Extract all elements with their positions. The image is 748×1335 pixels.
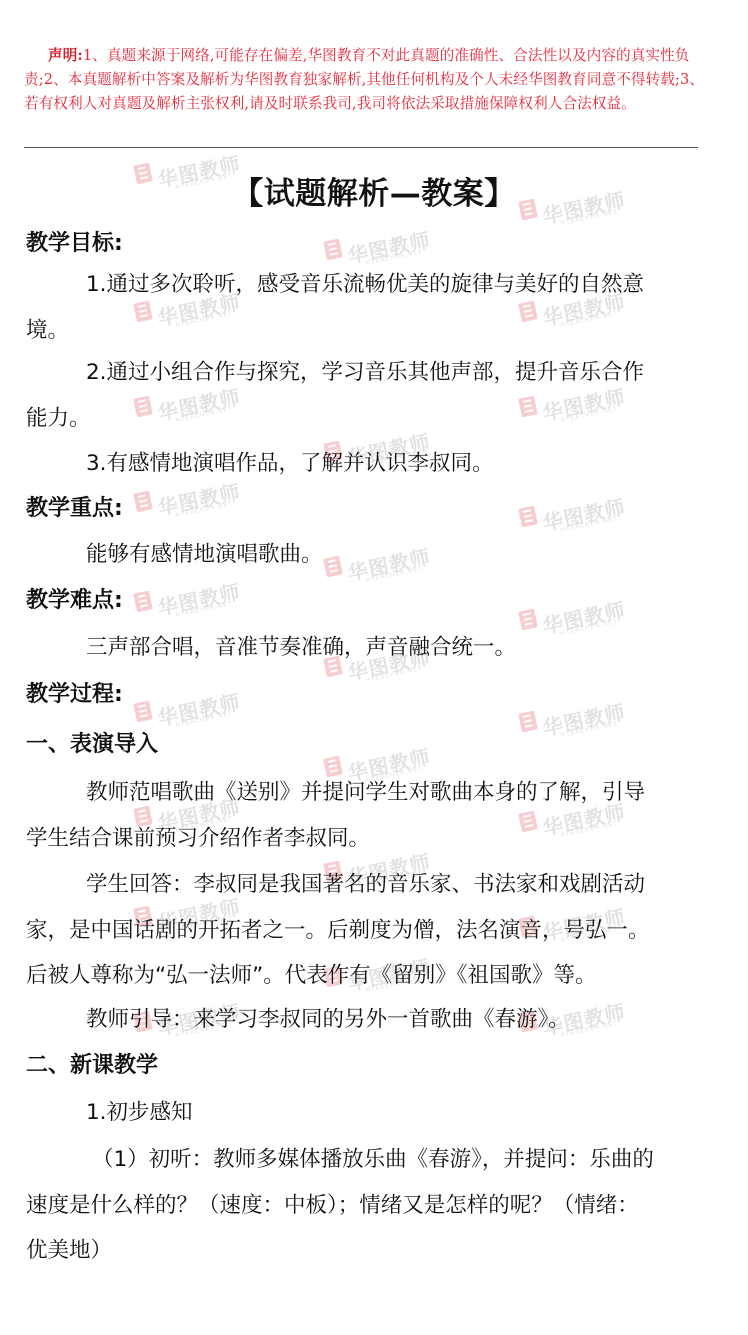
watermark: 华图教师HTEACHER.NET: [520, 495, 638, 537]
watermark-logo-icon: [518, 396, 538, 418]
paragraph-line: 1.通过多次聆听，感受音乐流畅优美的旋律与美好的自然意: [86, 270, 644, 300]
watermark-logo-icon: [323, 756, 343, 778]
divider: [24, 147, 698, 148]
paragraph-line: 学生结合课前预习介绍作者李叔同。: [26, 824, 370, 854]
watermark: 华图教师HTEACHER.NET: [135, 385, 253, 427]
watermark: 华图教师HTEACHER.NET: [135, 580, 253, 622]
watermark: 华图教师HTEACHER.NET: [520, 700, 638, 742]
section-heading-key-points: 教学重点:: [26, 494, 123, 524]
watermark-logo-icon: [518, 711, 538, 733]
subsection-heading-new-lesson: 二、新课教学: [26, 1051, 158, 1081]
paragraph-line: 优美地）: [26, 1236, 112, 1266]
disclaimer-lead: 声明:: [48, 47, 83, 64]
watermark-logo-icon: [518, 609, 538, 631]
paragraph-line: 速度是什么样的？（速度：中板）；情绪又是怎样的呢？（情绪：: [26, 1191, 639, 1221]
document-page: 声明:1、真题来源于网络,可能存在偏差,华图教育不对此真题的准确性、合法性以及内…: [0, 0, 748, 1335]
section-heading-difficulties: 教学难点:: [26, 586, 123, 616]
paragraph-line: 教师范唱歌曲《送别》并提问学生对歌曲本身的了解，引导: [86, 778, 645, 808]
paragraph-line: 三声部合唱，音准节奏准确，声音融合统一。: [86, 633, 516, 663]
paragraph-line: 3.有感情地演唱作品，了解并认识李叔同。: [86, 449, 494, 479]
subsection-heading-intro: 一、表演导入: [26, 730, 158, 760]
watermark-logo-icon: [133, 301, 153, 323]
watermark: 华图教师HTEACHER.NET: [520, 385, 638, 427]
watermark-logo-icon: [323, 239, 343, 261]
paragraph-line: 1.初步感知: [86, 1098, 193, 1128]
watermark-logo-icon: [518, 506, 538, 528]
watermark-logo-icon: [323, 556, 343, 578]
section-heading-objectives: 教学目标:: [26, 229, 123, 259]
watermark-logo-icon: [133, 591, 153, 613]
paragraph-line: （1）初听：教师多媒体播放乐曲《春游》，并提问：乐曲的: [92, 1145, 654, 1175]
watermark-logo-icon: [133, 701, 153, 723]
watermark-logo-icon: [518, 811, 538, 833]
paragraph-line: 2.通过小组合作与探究，学习音乐其他声部，提升音乐合作: [86, 358, 644, 388]
watermark: 华图教师HTEACHER.NET: [135, 480, 253, 522]
section-heading-process: 教学过程:: [26, 680, 123, 710]
watermark-logo-icon: [518, 301, 538, 323]
watermark: 华图教师HTEACHER.NET: [325, 228, 443, 270]
paragraph-line: 后被人尊称为“弘一法师”。代表作有《留别》《祖国歌》等。: [26, 961, 597, 991]
watermark: 华图教师HTEACHER.NET: [520, 598, 638, 640]
disclaimer-text: 1、真题来源于网络,可能存在偏差,华图教育不对此真题的准确性、合法性以及内容的真…: [24, 47, 704, 112]
paragraph-line: 家，是中国话剧的开拓者之一。后剃度为僧，法名演音，号弘一。: [26, 916, 650, 946]
paragraph-line: 学生回答：李叔同是我国著名的音乐家、书法家和戏剧活动: [86, 870, 645, 900]
paragraph-line: 境。: [26, 316, 69, 346]
watermark-logo-icon: [133, 491, 153, 513]
watermark-logo-icon: [133, 396, 153, 418]
paragraph-line: 能够有感情地演唱歌曲。: [86, 540, 323, 570]
disclaimer: 声明:1、真题来源于网络,可能存在偏差,华图教育不对此真题的准确性、合法性以及内…: [24, 44, 710, 116]
paragraph-line: 能力。: [26, 404, 91, 434]
page-title: 【试题解析—教案】: [0, 168, 748, 213]
watermark: 华图教师HTEACHER.NET: [325, 545, 443, 587]
watermark: 华图教师HTEACHER.NET: [135, 690, 253, 732]
paragraph-line: 教师引导：来学习李叔同的另外一首歌曲《春游》。: [86, 1005, 570, 1035]
